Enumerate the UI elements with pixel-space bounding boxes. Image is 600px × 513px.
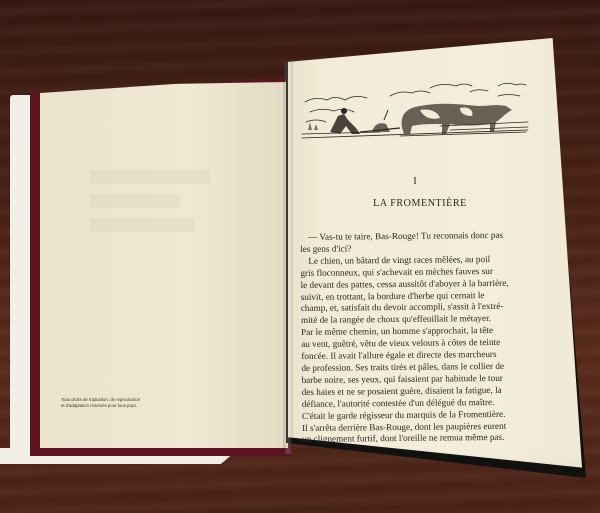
- chapter-number: I: [400, 176, 430, 187]
- book-photo-scene: Tous droits de traduction, de reproducti…: [0, 0, 600, 513]
- show-through-text: [90, 160, 240, 270]
- page-bottom-edge: [290, 448, 580, 472]
- body-text: — Vas-tu te taire, Bas-Rouge! Tu reconna…: [300, 229, 552, 446]
- copyright-line: et d'adaptation réservés pour tous pays.: [61, 403, 181, 409]
- ploughing-scene-illustration: [300, 70, 530, 142]
- book-gutter: [283, 62, 293, 454]
- chapter-title: LA FROMENTIÈRE: [350, 198, 490, 209]
- copyright-notice: Tous droits de traduction, de reproducti…: [61, 397, 181, 409]
